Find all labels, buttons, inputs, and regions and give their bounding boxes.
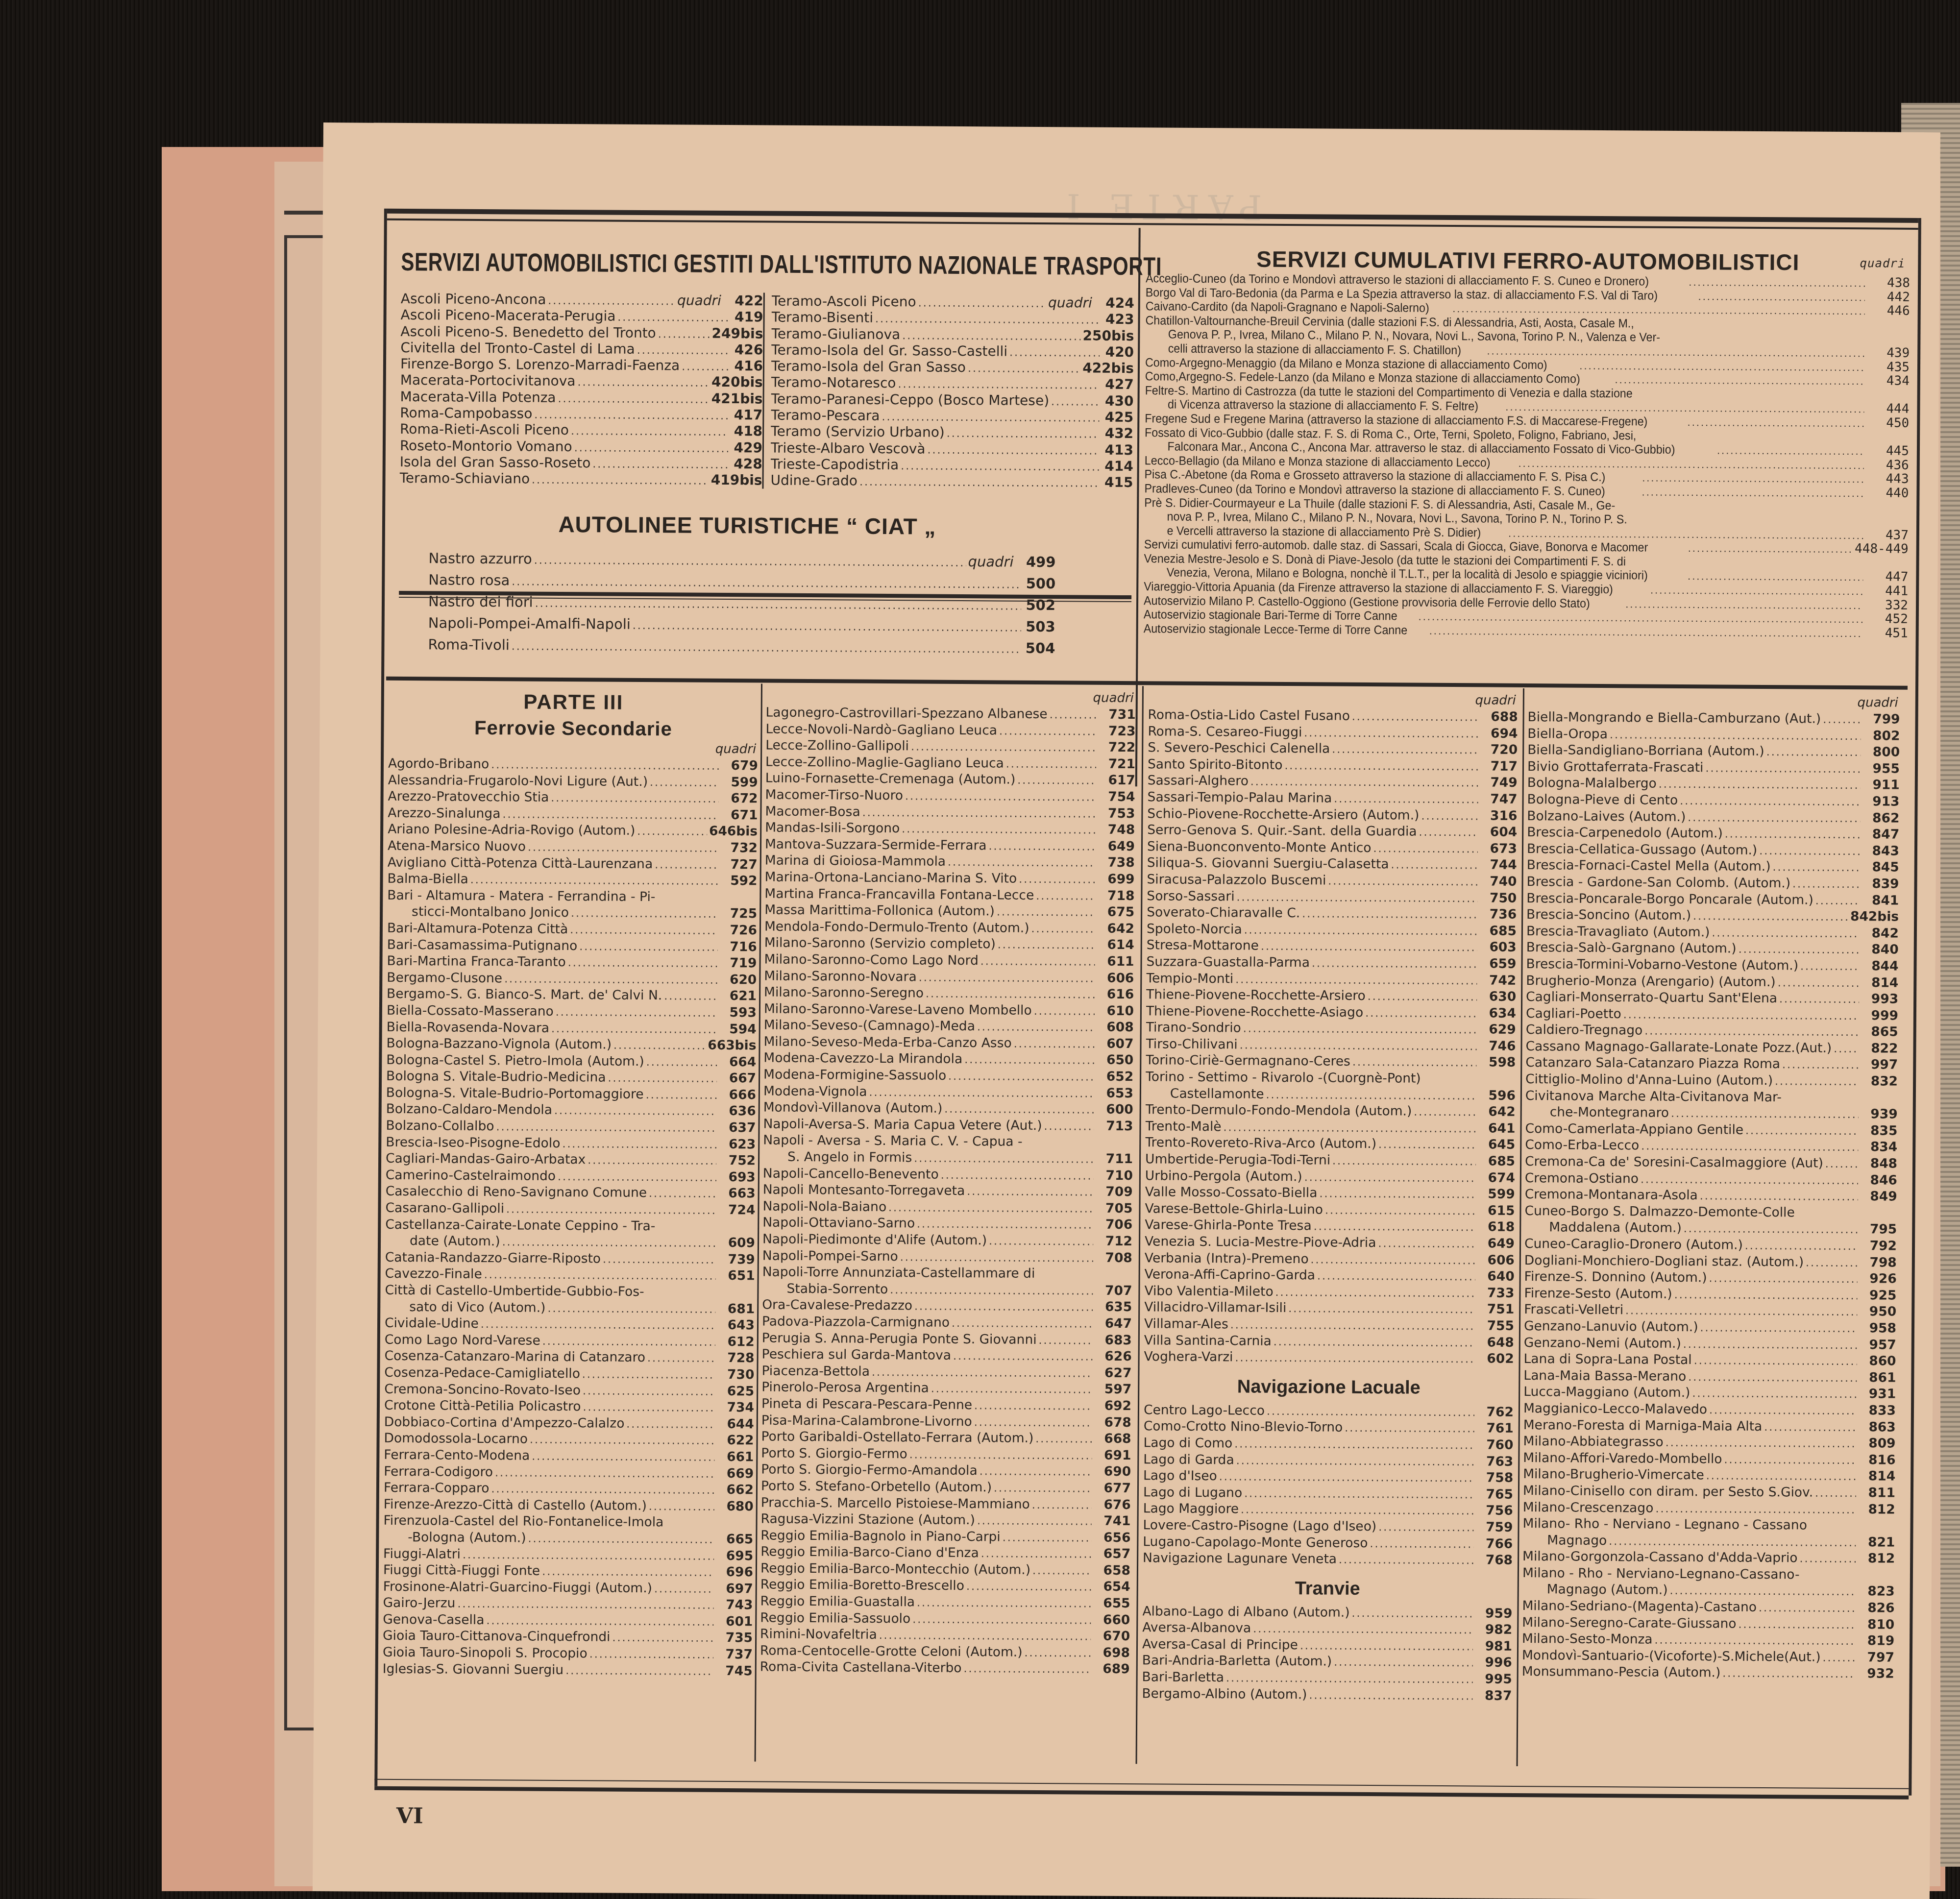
index-entry: Cividale-Udine 643 — [385, 1315, 755, 1334]
index-entry: Torino - Settimo - Rivarolo -(Cuorgnè-Po… — [1146, 1069, 1516, 1087]
leader-dots — [484, 1267, 716, 1284]
index-entry: Brescia-Poncarale-Borgo Poncarale (Autom… — [1526, 890, 1899, 909]
entry-route: Lago di Como — [1143, 1435, 1232, 1452]
leader-dots — [551, 790, 718, 807]
entry-table-number: 426 — [731, 341, 763, 358]
index-entry: Bari-Barletta 995 — [1142, 1669, 1512, 1687]
entry-route: Firenze-Borgo S. Lorenzo-Marradi-Faenza — [400, 356, 680, 374]
index-entry: Camerino-Castelraimondo 693 — [386, 1167, 756, 1186]
index-entry: Balma-Biella 592 — [387, 871, 757, 889]
index-entry: Dobbiaco-Cortina d'Ampezzo-Calalzo 644 — [384, 1414, 754, 1433]
leader-dots — [649, 1186, 716, 1202]
entry-table-number: 640 — [1477, 1268, 1515, 1285]
entry-route: Reggio Emilia-Boretto-Brescello — [760, 1577, 964, 1594]
index-entry: Brescia-Soncino (Autom.) 842bis — [1526, 906, 1899, 925]
entry-route: Maggianico-Lecco-Malavedo — [1523, 1400, 1707, 1418]
entry-route: Milano-Saronno-Seregno — [764, 984, 924, 1002]
cumulativi-title-text: SERVIZI CUMULATIVI FERRO-AUTOMOBILISTICI — [1256, 246, 1800, 275]
entry-table-number: 697 — [716, 1581, 753, 1597]
leader-dots — [994, 1480, 1092, 1496]
entry-route: Teramo (Servizio Urbano) — [771, 423, 945, 440]
entry-route: Teramo-Bisenti — [771, 309, 873, 326]
entry-table-number: 797 — [1857, 1649, 1894, 1666]
leader-dots — [872, 1364, 1093, 1382]
entry-table-number: 748 — [1098, 822, 1135, 838]
entry-table-number: 612 — [717, 1334, 755, 1350]
leader-dots — [650, 775, 719, 791]
entry-route: Magnago (Autom.) — [1522, 1581, 1668, 1598]
leader-dots — [512, 636, 1021, 659]
entry-table-number: 502 — [1023, 594, 1055, 616]
index-entry: Brescia-Cellatica-Gussago (Autom.) 843 — [1527, 841, 1899, 859]
index-entry: Napoli - Aversa - S. Maria C. V. - Capua… — [763, 1132, 1133, 1151]
entry-table-number: 444 — [1866, 402, 1909, 416]
entry-table-number: 724 — [718, 1202, 755, 1218]
leader-dots — [914, 1299, 1093, 1315]
index-entry: Milano-Saronno-Varese-Laveno Mombello 61… — [764, 1000, 1134, 1019]
entry-table-number: 599 — [1478, 1186, 1515, 1203]
entry-table-number: 847 — [1862, 826, 1899, 843]
entry-table-number: 932 — [1857, 1666, 1894, 1682]
index-entry: Siliqua-S. Giovanni Suergiu-Calasetta 74… — [1147, 855, 1517, 874]
leader-dots — [558, 1169, 716, 1186]
index-entry: Milano-Seveso-(Camnago)-Meda 608 — [764, 1017, 1134, 1036]
entry-route: Brescia-Poncarale-Borgo Poncarale (Autom… — [1526, 890, 1813, 908]
entry-route: Trieste-Capodistria — [771, 456, 899, 473]
leader-dots — [974, 1414, 1092, 1431]
entry-table-number: 602 — [1477, 1351, 1514, 1367]
leader-dots — [1267, 1404, 1474, 1421]
entry-route: che-Montegranaro — [1525, 1104, 1669, 1121]
entry-table-number: 438 — [1867, 276, 1910, 290]
index-entry: Modena-Formigine-Sassuolo 652 — [763, 1067, 1133, 1085]
tranvie-list: Albano-Lago di Albano (Autom.) 959 Avers… — [1142, 1603, 1512, 1704]
leader-dots — [1688, 1369, 1857, 1386]
entry-route: Roma-Ostia-Lido Castel Fusano — [1148, 706, 1350, 724]
index-entry: Suzzara-Guastalla-Parma 659 — [1146, 953, 1516, 972]
leader-dots — [1694, 1353, 1857, 1369]
entry-table-number: 653 — [1096, 1085, 1133, 1101]
entry-table-number: 627 — [1094, 1364, 1131, 1381]
index-entry: Napoli-Aversa-S. Maria Capua Vetere (Aut… — [763, 1116, 1133, 1134]
entry-route: Cassano Magnago-Gallarate-Lonate Pozz.(A… — [1525, 1038, 1832, 1056]
index-entry: Sassari-Alghero 749 — [1148, 773, 1518, 791]
entry-route: Thiene-Piovene-Rocchette-Arsiero — [1146, 986, 1366, 1004]
leader-dots — [1680, 793, 1861, 810]
index-entry: Roma-Ostia-Lido Castel Fusano 688 — [1148, 706, 1518, 725]
entry-table-number: 823 — [1858, 1583, 1895, 1600]
leader-dots — [912, 1611, 1091, 1628]
entry-route: Como-Camerlata-Appiano Gentile — [1525, 1120, 1743, 1138]
entry-route: Gioia Tauro-Sinopoli S. Procopio — [383, 1644, 588, 1662]
index-entry: Lago di Lugano 765 — [1143, 1484, 1513, 1503]
entry-route: Brescia-Carpenedolo (Autom.) — [1527, 824, 1723, 842]
entry-table-number: 756 — [1476, 1503, 1513, 1519]
entry-route: Teramo-Pescara — [771, 407, 880, 424]
entry-route: Catanzaro Sala-Catanzaro Piazza Roma — [1525, 1054, 1780, 1072]
index-entry: Marina-Ortona-Lanciano-Marina S. Vito 69… — [765, 869, 1135, 887]
leader-dots — [1035, 1431, 1092, 1447]
entry-route: Balma-Biella — [387, 871, 468, 888]
entry-route: Teramo-Isola del Gran Sasso — [771, 358, 966, 376]
entry-route: Bergamo-S. G. Bianco-S. Mart. de' Calvi … — [387, 986, 662, 1004]
entry-route: Civitella del Tronto-Castel di Lama — [400, 340, 635, 357]
leader-dots — [530, 1432, 715, 1449]
entry-route: Macomer-Tirso-Nuoro — [765, 787, 904, 804]
index-entry: Brugherio-Monza (Arengario) (Autom.) 814 — [1526, 973, 1898, 991]
entry-table-number: 816 — [1858, 1452, 1895, 1468]
entry-route: Macerata-Villa Potenza — [400, 389, 556, 406]
index-entry: Napoli-Piedimonte d'Alife (Autom.) 712 — [762, 1231, 1132, 1250]
leader-dots — [999, 723, 1097, 739]
leader-dots — [1300, 1638, 1473, 1655]
index-entry: -Bologna (Autom.) 665 — [383, 1529, 753, 1548]
leader-dots — [1698, 290, 1865, 304]
leader-dots — [1304, 725, 1478, 742]
index-entry: Merano-Foresta di Marniga-Maia Alta 863 — [1523, 1417, 1896, 1436]
leader-dots — [1650, 584, 1863, 599]
index-entry: Fiuggi-Alatri 695 — [383, 1545, 753, 1564]
leader-dots — [1579, 359, 1864, 374]
entry-route: S. Angelo in Formis — [763, 1149, 912, 1166]
leader-dots — [905, 788, 1096, 805]
entry-route: Martina Franca-Francavilla Fontana-Lecce — [764, 885, 1034, 903]
index-entry: date (Autom.) 609 — [385, 1233, 755, 1251]
leader-dots — [882, 409, 1099, 425]
index-entry: Teramo-Giulianova 250bis — [771, 325, 1134, 344]
leader-dots — [966, 1579, 1091, 1596]
entry-route: Urbino-Pergola (Autom.) — [1145, 1168, 1302, 1185]
index-entry: S. Severo-Peschici Calenella 720 — [1148, 739, 1518, 758]
entry-route: Lecce-Zollino-Gallipoli — [765, 737, 909, 755]
index-entry: Cagliari-Poetto 999 — [1526, 1005, 1898, 1024]
index-entry: Napoli-Cancello-Benevento 710 — [763, 1165, 1133, 1184]
leader-dots — [1610, 727, 1861, 744]
entry-table-number: 691 — [1094, 1447, 1131, 1463]
index-entry: Lago di Garda 763 — [1143, 1451, 1513, 1470]
entry-route: Aversa-Casal di Principe — [1142, 1636, 1298, 1654]
entry-table-number: 750 — [1479, 890, 1517, 906]
leader-dots — [931, 1381, 1093, 1398]
entry-route: Milano - Rho - Nerviano-Legnano-Cassano- — [1522, 1565, 1800, 1583]
entry-route: Bologna-Castel S. Pietro-Imola (Autom.) — [386, 1052, 644, 1070]
leader-dots — [617, 310, 729, 325]
entry-route: Bologna-Bazzano-Vignola (Autom.) — [386, 1035, 612, 1053]
entry-table-number: 861 — [1859, 1369, 1896, 1386]
index-entry: Reggio Emilia-Boretto-Brescello 654 — [760, 1577, 1130, 1595]
entry-route: Santo Spirito-Bitonto — [1148, 756, 1283, 773]
entry-table-number: 416 — [731, 358, 763, 374]
entry-table-number: 761 — [1476, 1420, 1514, 1437]
index-entry: Brescia-Tormini-Vobarno-Vestone (Autom.)… — [1526, 956, 1898, 974]
entry-table-number: 422bis — [1082, 360, 1134, 377]
entry-route: Milano-Saronno-Varese-Laveno Mombello — [764, 1000, 1032, 1019]
leader-dots — [658, 326, 710, 342]
entry-table-number: 332 — [1865, 598, 1908, 612]
index-entry: Nastro rosa 500 — [428, 569, 1055, 594]
leader-dots — [1266, 1087, 1476, 1104]
leader-dots — [1674, 1287, 1858, 1304]
leader-dots — [1017, 773, 1096, 789]
int-right-column: Teramo-Ascoli Piceno quadri 424 Teramo-B… — [762, 292, 1134, 490]
leader-dots — [1709, 1402, 1857, 1419]
leader-dots — [1688, 415, 1864, 430]
leader-dots — [583, 1399, 715, 1416]
index-entry: Lecce-Zollino-Gallipoli 722 — [765, 737, 1135, 756]
entry-table-number: 865 — [1861, 1023, 1898, 1040]
entry-table-number: 707 — [1095, 1282, 1132, 1299]
index-entry: Atena-Marsico Nuovo 732 — [388, 838, 758, 856]
index-entry: Milano-Sesto-Monza 819 — [1522, 1631, 1894, 1649]
index-entry: Cavezzo-Finale 651 — [385, 1266, 755, 1284]
leader-dots — [532, 1449, 714, 1465]
entry-table-number — [1865, 567, 1909, 567]
entry-route: Trento-Rovereto-Riva-Arco (Autom.) — [1145, 1135, 1376, 1152]
parte3-heading: PARTE III Ferrovie Secondarie — [388, 689, 759, 741]
index-entry: Milano-Affori-Varedo-Mombello 816 — [1523, 1450, 1895, 1468]
entry-route: Arezzo-Pratovecchio Stia — [388, 788, 549, 806]
leader-dots — [1659, 777, 1861, 794]
leader-dots — [1224, 1120, 1476, 1137]
entry-route: Cremona-Ca de' Soresini-Casalmaggiore (A… — [1525, 1153, 1823, 1171]
leader-dots — [1044, 1119, 1094, 1135]
entry-table-number: 677 — [1094, 1480, 1131, 1497]
leader-dots — [1623, 1007, 1859, 1024]
leader-dots — [1745, 1238, 1858, 1254]
parte3-column-2: quadri Lagonegro-Castrovillari-Spezzano … — [760, 684, 1136, 1678]
entry-route: Peschiera sul Garda-Mantova — [762, 1346, 952, 1364]
entry-table-number: 844 — [1861, 958, 1898, 974]
entry-route: Milano-Gorgonzola-Cassano d'Adda-Vaprio — [1522, 1548, 1798, 1566]
index-entry: Bergamo-Clusone 620 — [387, 970, 757, 988]
entry-route: Reggio Emilia-Sassuolo — [760, 1609, 910, 1627]
quadri-label: quadri — [1048, 294, 1092, 311]
entry-table-number: 672 — [720, 790, 758, 807]
leader-dots — [1764, 1419, 1857, 1436]
leader-dots — [997, 904, 1095, 921]
leader-dots — [1304, 1169, 1476, 1186]
entry-table-number: 649 — [1098, 838, 1135, 854]
entry-route: Arezzo-Sinalunga — [388, 805, 500, 822]
leader-dots — [1274, 1334, 1475, 1351]
index-entry: Stabia-Sorrento 707 — [762, 1280, 1132, 1299]
leader-dots — [948, 854, 1096, 871]
entry-table-number: 680 — [716, 1498, 754, 1515]
entry-table-number: 450 — [1866, 416, 1909, 430]
entry-table-number: 643 — [717, 1317, 755, 1334]
entry-route: Lago di Lugano — [1143, 1484, 1242, 1501]
leader-dots — [1032, 1497, 1092, 1513]
leader-dots — [1800, 958, 1860, 974]
entry-route: Bolzano-Laives (Autom.) — [1527, 808, 1686, 826]
entry-route: Roseto-Montorio Vomano — [400, 438, 572, 455]
entry-route: Cremona-Montanara-Asola — [1525, 1186, 1698, 1204]
leader-dots — [646, 1054, 717, 1071]
entry-table-number: 434 — [1866, 374, 1910, 388]
entry-table-number: 721 — [1098, 755, 1135, 772]
leader-dots — [1692, 1386, 1857, 1402]
entry-table-number: 647 — [1095, 1315, 1132, 1332]
leader-dots — [548, 293, 675, 309]
entry-route: Cosenza-Pedace-Camigliatello — [384, 1364, 580, 1382]
entry-route: Cividale-Udine — [385, 1315, 479, 1332]
entry-table-number: 430 — [1101, 392, 1133, 409]
index-entry: Porto S. Stefano-Orbetello (Autom.) 677 — [761, 1478, 1131, 1496]
leader-dots — [495, 1465, 714, 1482]
entry-table-number: 611 — [1097, 953, 1134, 970]
index-entry: Bolzano-Collalbo 637 — [386, 1118, 756, 1136]
entry-route: Teramo-Ascoli Piceno — [772, 293, 916, 310]
index-entry: Martina Franca-Francavilla Fontana-Lecce… — [764, 885, 1134, 904]
entry-table-number: 802 — [1862, 728, 1900, 744]
entry-table-number: 737 — [715, 1646, 753, 1663]
leader-dots — [1036, 888, 1095, 904]
index-entry: Napoli-Torre Annunziata-Castellammare di — [762, 1264, 1132, 1283]
navigazione-list: Centro Lago-Lecco 762 Como-Crotto Nino-B… — [1143, 1402, 1514, 1569]
entry-route: Massa Marittima-Follonica (Autom.) — [764, 902, 995, 920]
index-entry: Tirso-Chilivani 746 — [1146, 1036, 1516, 1054]
leader-dots — [909, 1447, 1092, 1463]
leader-dots — [1368, 989, 1477, 1005]
leader-dots — [1032, 1563, 1091, 1579]
leader-dots — [1671, 1106, 1859, 1122]
leader-dots — [583, 1383, 715, 1400]
entry-route: Lovere-Castro-Pisogne (Lago d'Iseo) — [1143, 1517, 1376, 1535]
entry-table-number: 599 — [721, 774, 758, 791]
entry-route: Camerino-Castelraimondo — [386, 1167, 556, 1185]
ciat-section: AUTOLINEE TURISTICHE “ CIAT „ Nastro azz… — [428, 510, 1056, 659]
index-entry: Valle Mosso-Cossato-Biella 599 — [1145, 1184, 1515, 1203]
entry-route: Lecce-Novoli-Nardò-Gagliano Leuca — [765, 721, 997, 738]
index-entry: Arezzo-Pratovecchio Stia 672 — [388, 788, 758, 807]
entry-table-number: 675 — [1097, 904, 1134, 921]
leader-dots — [918, 295, 1047, 311]
entry-route: Milano-Sesto-Monza — [1522, 1631, 1653, 1648]
entry-route: Genzano-Lanuvio (Autom.) — [1524, 1318, 1698, 1336]
entry-table-number: 730 — [717, 1366, 754, 1383]
entry-route: Piacenza-Bettola — [761, 1363, 870, 1380]
leader-dots — [682, 359, 729, 374]
leader-dots — [504, 971, 717, 988]
index-entry: Cuneo-Borgo S. Dalmazzo-Demonte-Colle — [1524, 1203, 1897, 1221]
entry-table-number: 419 — [731, 309, 763, 325]
entry-table-number: 731 — [1099, 706, 1136, 723]
entry-table-number: 848 — [1860, 1155, 1897, 1172]
entry-route: Perugia S. Anna-Perugia Ponte S. Giovann… — [762, 1330, 1037, 1348]
entry-route: Monsummano-Pescia (Autom.) — [1522, 1663, 1721, 1681]
leader-dots — [1230, 1317, 1475, 1334]
entry-route: Bologna S. Vitale-Budrio-Medicina — [386, 1068, 606, 1086]
index-entry: Lago Maggiore 756 — [1143, 1501, 1513, 1519]
index-entry: Reggio Emilia-Barco-Montecchio (Autom.) … — [760, 1560, 1130, 1579]
entry-table-number: 437 — [1865, 528, 1909, 542]
entry-table-number: 747 — [1480, 791, 1518, 807]
leader-dots — [1642, 485, 1864, 500]
entry-route: Lago Maggiore — [1143, 1501, 1239, 1518]
entry-table-number: 446 — [1867, 304, 1910, 318]
leader-dots — [1725, 827, 1861, 843]
entry-route: Casarano-Gallipoli — [385, 1200, 504, 1217]
index-entry: Massa Marittima-Follonica (Autom.) 675 — [764, 902, 1134, 921]
entry-route: Vibo Valentia-Mileto — [1144, 1283, 1273, 1300]
entry-route: Porto S. Giorgio-Fermo — [761, 1445, 907, 1462]
entry-route: Ariano Polesine-Adria-Rovigo (Autom.) — [388, 821, 635, 839]
entry-table-number: 250bis — [1083, 327, 1134, 344]
entry-route: Firenzuola-Castel del Rio-Fontanelice-Im… — [383, 1512, 663, 1531]
entry-route: sato di Vico (Autom.) — [385, 1298, 545, 1316]
quadri-label: quadri — [1860, 256, 1906, 270]
leader-dots — [981, 1546, 1092, 1562]
entry-table-number: 667 — [719, 1070, 756, 1087]
entry-route: Como Lago Nord-Varese — [385, 1332, 540, 1349]
leader-dots — [952, 1315, 1093, 1332]
entry-route: Castellanza-Cairate-Lonate Ceppino - Tra… — [385, 1216, 655, 1234]
entry-route: Bari-Casamassima-Putignano — [387, 936, 578, 954]
leader-dots — [953, 1348, 1093, 1365]
entry-table-number: 841 — [1862, 892, 1899, 909]
entry-route: Valle Mosso-Cossato-Biella — [1145, 1184, 1318, 1202]
entry-table-number: 634 — [1479, 1005, 1516, 1022]
entry-table-number: 931 — [1859, 1386, 1896, 1403]
entry-table-number: 822 — [1861, 1040, 1898, 1057]
parte3-title: PARTE III — [389, 689, 759, 715]
entry-route: Milano-Saronno-Como Lago Nord — [764, 951, 978, 969]
entry-route: Varese-Ghirla-Ponte Tresa — [1145, 1217, 1312, 1235]
entry-table-number: 447 — [1865, 570, 1908, 584]
leader-dots — [1759, 843, 1860, 859]
leader-dots — [1688, 569, 1863, 584]
entry-table-number: 448-449 — [1855, 542, 1909, 556]
index-entry: Genova-Casella 601 — [383, 1611, 753, 1630]
entry-table-number: 424 — [1102, 295, 1134, 312]
leader-dots — [1241, 1502, 1474, 1519]
index-entry: Firenze-Arezzo-Città di Castello (Autom.… — [384, 1496, 754, 1515]
leader-dots — [1370, 1536, 1473, 1552]
parte3-list-2: Lagonegro-Castrovillari-Spezzano Albanes… — [760, 705, 1136, 1678]
entry-route: Castellamonte — [1146, 1085, 1264, 1102]
parte3-subtitle: Ferrovie Secondarie — [388, 717, 758, 741]
entry-table-number: 435 — [1866, 360, 1910, 374]
leader-dots — [1609, 1534, 1856, 1551]
leader-dots — [1226, 1670, 1473, 1687]
entry-table-number: 637 — [718, 1120, 756, 1136]
index-entry: Tirano-Sondrio 629 — [1146, 1020, 1516, 1038]
entry-table-number: 840 — [1862, 942, 1899, 958]
entry-table-number: 623 — [718, 1136, 756, 1153]
index-entry: Reggio Emilia-Bagnolo in Piano-Carpi 656 — [760, 1527, 1130, 1546]
entry-table-number: 713 — [1096, 1118, 1133, 1135]
parte3-list-1: Agordo-Bribano 679 Alessandria-Frugarolo… — [383, 755, 758, 1680]
entry-route: Crotone Città-Petilia Policastro — [384, 1397, 581, 1415]
quadri-label: quadri — [766, 688, 1136, 707]
leader-dots — [502, 806, 718, 824]
index-entry: Teramo-Bisenti 423 — [771, 309, 1134, 328]
entry-route: Caldiero-Tregnago — [1526, 1022, 1643, 1039]
leader-dots — [1302, 906, 1477, 923]
leader-dots — [1284, 758, 1478, 775]
entry-table-number: 755 — [1477, 1317, 1514, 1334]
leader-dots — [1309, 1687, 1472, 1704]
leader-dots — [547, 1300, 715, 1317]
leader-dots — [1243, 1021, 1477, 1038]
index-entry: Bari-Andria-Barletta (Autom.) 996 — [1142, 1653, 1512, 1671]
index-entry: Porto S. Giorgio-Fermo 691 — [761, 1445, 1131, 1463]
entry-route: Firenze-Arezzo-Città di Castello (Autom.… — [384, 1496, 647, 1514]
entry-table-number: 652 — [1096, 1069, 1133, 1085]
entry-table-number: 720 — [1480, 742, 1518, 758]
leader-dots — [577, 375, 710, 391]
leader-dots — [968, 361, 1080, 376]
